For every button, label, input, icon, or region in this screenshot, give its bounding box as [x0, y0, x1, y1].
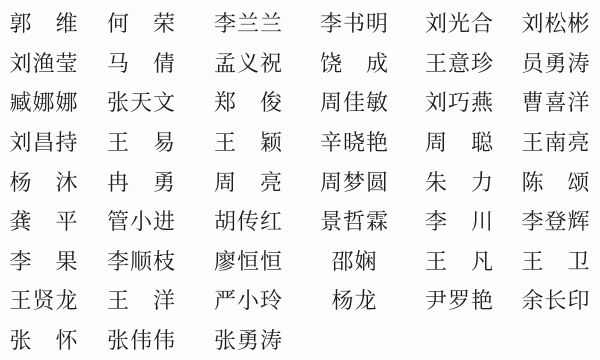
name-cell: 刘光合 [407, 3, 512, 43]
name-cell: 李登辉 [512, 201, 600, 241]
name-cell: 朱 力 [407, 161, 512, 201]
name-cell: 孟义祝 [195, 43, 302, 83]
name-cell: 郭 维 [0, 3, 88, 43]
name-cell: 王 颖 [195, 122, 302, 162]
name-cell: 管小进 [88, 201, 195, 241]
name-cell [512, 320, 600, 360]
name-cell: 李兰兰 [195, 3, 302, 43]
name-cell: 余长印 [512, 280, 600, 320]
name-cell [407, 320, 512, 360]
name-cell: 邵娴 [302, 241, 407, 281]
name-cell: 王 凡 [407, 241, 512, 281]
name-cell: 杨 沐 [0, 161, 88, 201]
name-cell: 龚 平 [0, 201, 88, 241]
name-grid: 郭 维何 荣李兰兰李书明刘光合刘松彬刘渔莹马 倩孟义祝饶 成王意珍员勇涛臧娜娜张… [0, 0, 600, 359]
name-cell: 臧娜娜 [0, 82, 88, 122]
name-cell: 辛晓艳 [302, 122, 407, 162]
name-cell: 李书明 [302, 3, 407, 43]
name-cell: 张 怀 [0, 320, 88, 360]
name-cell: 马 倩 [88, 43, 195, 83]
name-cell [302, 320, 407, 360]
name-cell: 王贤龙 [0, 280, 88, 320]
name-cell: 饶 成 [302, 43, 407, 83]
name-cell: 廖恒恒 [195, 241, 302, 281]
name-cell: 周 聪 [407, 122, 512, 162]
name-cell: 李 果 [0, 241, 88, 281]
name-cell: 王 洋 [88, 280, 195, 320]
name-cell: 李 川 [407, 201, 512, 241]
name-cell: 刘渔莹 [0, 43, 88, 83]
name-cell: 张天文 [88, 82, 195, 122]
name-cell: 刘松彬 [512, 3, 600, 43]
name-cell: 陈 颂 [512, 161, 600, 201]
name-cell: 王 卫 [512, 241, 600, 281]
name-cell: 严小玲 [195, 280, 302, 320]
name-cell: 员勇涛 [512, 43, 600, 83]
name-cell: 周 亮 [195, 161, 302, 201]
name-cell: 杨龙 [302, 280, 407, 320]
name-cell: 冉 勇 [88, 161, 195, 201]
name-cell: 何 荣 [88, 3, 195, 43]
name-cell: 王意珍 [407, 43, 512, 83]
name-cell: 周佳敏 [302, 82, 407, 122]
name-cell: 王 易 [88, 122, 195, 162]
name-cell: 周梦圆 [302, 161, 407, 201]
name-cell: 李顺枝 [88, 241, 195, 281]
name-cell: 张伟伟 [88, 320, 195, 360]
name-cell: 尹罗艳 [407, 280, 512, 320]
name-cell: 刘巧燕 [407, 82, 512, 122]
name-list-page: 郭 维何 荣李兰兰李书明刘光合刘松彬刘渔莹马 倩孟义祝饶 成王意珍员勇涛臧娜娜张… [0, 0, 600, 360]
name-cell: 景哲霖 [302, 201, 407, 241]
name-cell: 刘昌持 [0, 122, 88, 162]
name-cell: 曹喜洋 [512, 82, 600, 122]
name-cell: 胡传红 [195, 201, 302, 241]
name-cell: 王南亮 [512, 122, 600, 162]
name-cell: 郑 俊 [195, 82, 302, 122]
name-cell: 张勇涛 [195, 320, 302, 360]
